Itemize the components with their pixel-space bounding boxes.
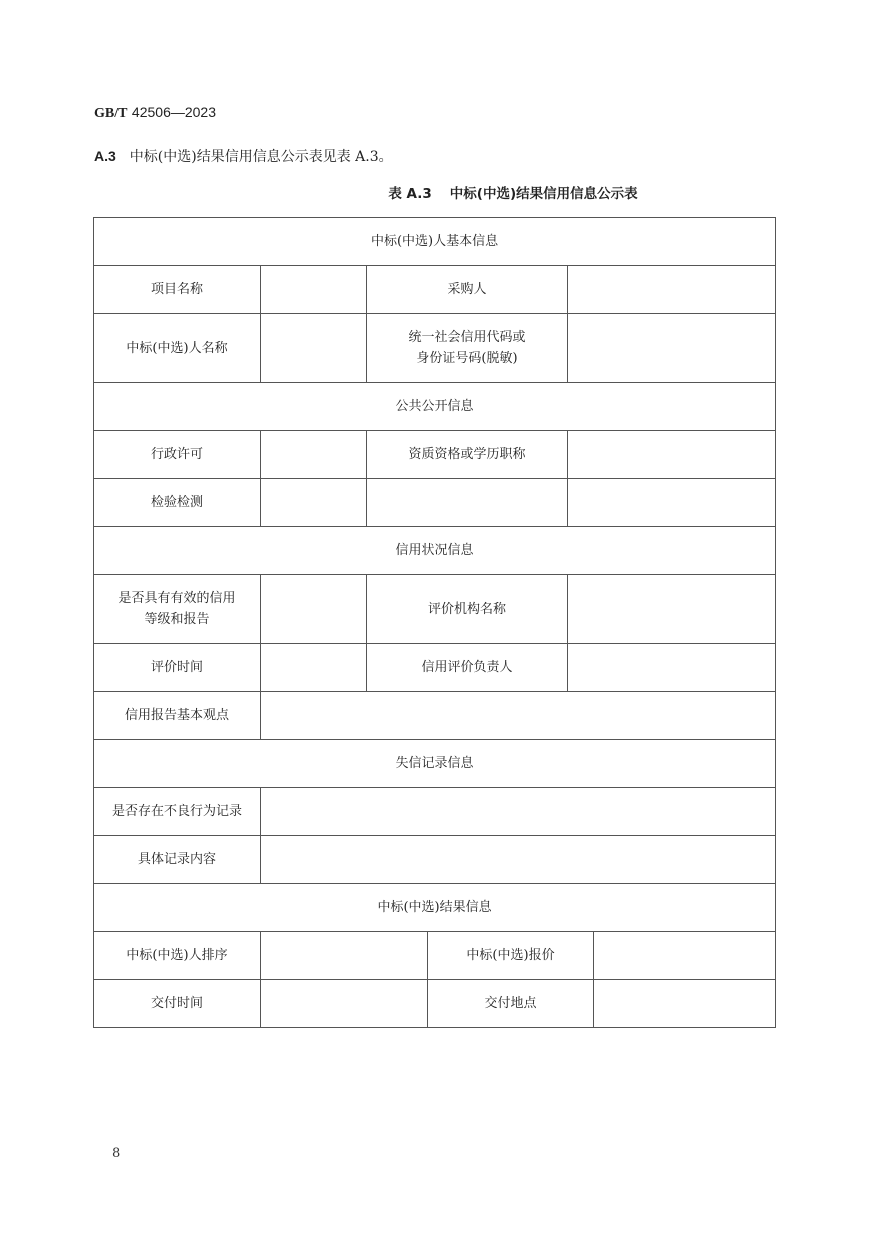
value-rating-agency[interactable] bbox=[568, 575, 776, 644]
value-inspection-3[interactable] bbox=[568, 479, 776, 527]
value-ranking[interactable] bbox=[261, 932, 428, 980]
value-bid-price[interactable] bbox=[594, 932, 776, 980]
section-title: 公共公开信息 bbox=[94, 383, 776, 431]
value-purchaser[interactable] bbox=[568, 266, 776, 314]
table-caption-label: 表 A.3 bbox=[388, 186, 431, 202]
label-line: 身份证号码(脱敏) bbox=[371, 348, 563, 369]
label-line: 是否具有有效的信用 bbox=[98, 588, 256, 609]
label-delivery-place: 交付地点 bbox=[428, 980, 594, 1028]
label-ranking: 中标(中选)人排序 bbox=[94, 932, 261, 980]
table-row: 检验检测 bbox=[94, 479, 776, 527]
table-row: 是否存在不良行为记录 bbox=[94, 788, 776, 836]
table-caption-title: 中标(中选)结果信用信息公示表 bbox=[450, 186, 638, 202]
label-rating-agency: 评价机构名称 bbox=[367, 575, 568, 644]
table-row: 项目名称 采购人 bbox=[94, 266, 776, 314]
label-admin-license: 行政许可 bbox=[94, 431, 261, 479]
value-valid-rating[interactable] bbox=[261, 575, 367, 644]
standard-prefix: GB/T bbox=[94, 106, 127, 121]
page-number: 8 bbox=[112, 1146, 120, 1161]
label-credit-code: 统一社会信用代码或 身份证号码(脱敏) bbox=[367, 314, 568, 383]
section-header-dishonesty: 失信记录信息 bbox=[94, 740, 776, 788]
label-delivery-time: 交付时间 bbox=[94, 980, 261, 1028]
section-header-public: 公共公开信息 bbox=[94, 383, 776, 431]
label-qualification: 资质资格或学历职称 bbox=[367, 431, 568, 479]
table-row: 具体记录内容 bbox=[94, 836, 776, 884]
value-project-name[interactable] bbox=[261, 266, 367, 314]
value-admin-license[interactable] bbox=[261, 431, 367, 479]
value-delivery-time[interactable] bbox=[261, 980, 428, 1028]
clause-a3: A.3中标(中选)结果信用信息公示表见表 A.3。 bbox=[94, 146, 393, 166]
table-row: 中标(中选)人名称 统一社会信用代码或 身份证号码(脱敏) bbox=[94, 314, 776, 383]
section-title: 中标(中选)结果信息 bbox=[94, 884, 776, 932]
label-purchaser: 采购人 bbox=[367, 266, 568, 314]
label-report-opinion: 信用报告基本观点 bbox=[94, 692, 261, 740]
label-rating-person: 信用评价负责人 bbox=[367, 644, 568, 692]
value-record-content[interactable] bbox=[261, 836, 776, 884]
table-caption: 表 A.3中标(中选)结果信用信息公示表 bbox=[0, 182, 880, 202]
table-row: 是否具有有效的信用 等级和报告 评价机构名称 bbox=[94, 575, 776, 644]
value-inspection[interactable] bbox=[261, 479, 367, 527]
label-valid-rating: 是否具有有效的信用 等级和报告 bbox=[94, 575, 261, 644]
label-line: 统一社会信用代码或 bbox=[371, 327, 563, 348]
label-rating-time: 评价时间 bbox=[94, 644, 261, 692]
value-winner-name[interactable] bbox=[261, 314, 367, 383]
value-inspection-2[interactable] bbox=[367, 479, 568, 527]
table-row: 行政许可 资质资格或学历职称 bbox=[94, 431, 776, 479]
value-report-opinion[interactable] bbox=[261, 692, 776, 740]
label-record-content: 具体记录内容 bbox=[94, 836, 261, 884]
table-row: 交付时间 交付地点 bbox=[94, 980, 776, 1028]
standard-number: 42506—2023 bbox=[132, 104, 216, 120]
value-bad-record[interactable] bbox=[261, 788, 776, 836]
standard-code: GB/T 42506—2023 bbox=[94, 104, 216, 122]
section-header-credit-status: 信用状况信息 bbox=[94, 527, 776, 575]
section-title: 失信记录信息 bbox=[94, 740, 776, 788]
label-winner-name: 中标(中选)人名称 bbox=[94, 314, 261, 383]
clause-text: 中标(中选)结果信用信息公示表见表 A.3。 bbox=[130, 149, 393, 165]
label-bad-record: 是否存在不良行为记录 bbox=[94, 788, 261, 836]
table-row: 信用报告基本观点 bbox=[94, 692, 776, 740]
value-credit-code[interactable] bbox=[568, 314, 776, 383]
clause-number: A.3 bbox=[94, 148, 116, 164]
label-inspection: 检验检测 bbox=[94, 479, 261, 527]
section-header-result: 中标(中选)结果信息 bbox=[94, 884, 776, 932]
section-title: 信用状况信息 bbox=[94, 527, 776, 575]
table-row: 评价时间 信用评价负责人 bbox=[94, 644, 776, 692]
value-rating-time[interactable] bbox=[261, 644, 367, 692]
value-rating-person[interactable] bbox=[568, 644, 776, 692]
label-line: 等级和报告 bbox=[98, 609, 256, 630]
credit-info-table: 中标(中选)人基本信息 项目名称 采购人 中标(中选)人名称 统一社会信用代码或… bbox=[93, 217, 776, 1028]
label-bid-price: 中标(中选)报价 bbox=[428, 932, 594, 980]
section-header-basic: 中标(中选)人基本信息 bbox=[94, 218, 776, 266]
label-project-name: 项目名称 bbox=[94, 266, 261, 314]
table-row: 中标(中选)人排序 中标(中选)报价 bbox=[94, 932, 776, 980]
value-delivery-place[interactable] bbox=[594, 980, 776, 1028]
section-title: 中标(中选)人基本信息 bbox=[94, 218, 776, 266]
value-qualification[interactable] bbox=[568, 431, 776, 479]
